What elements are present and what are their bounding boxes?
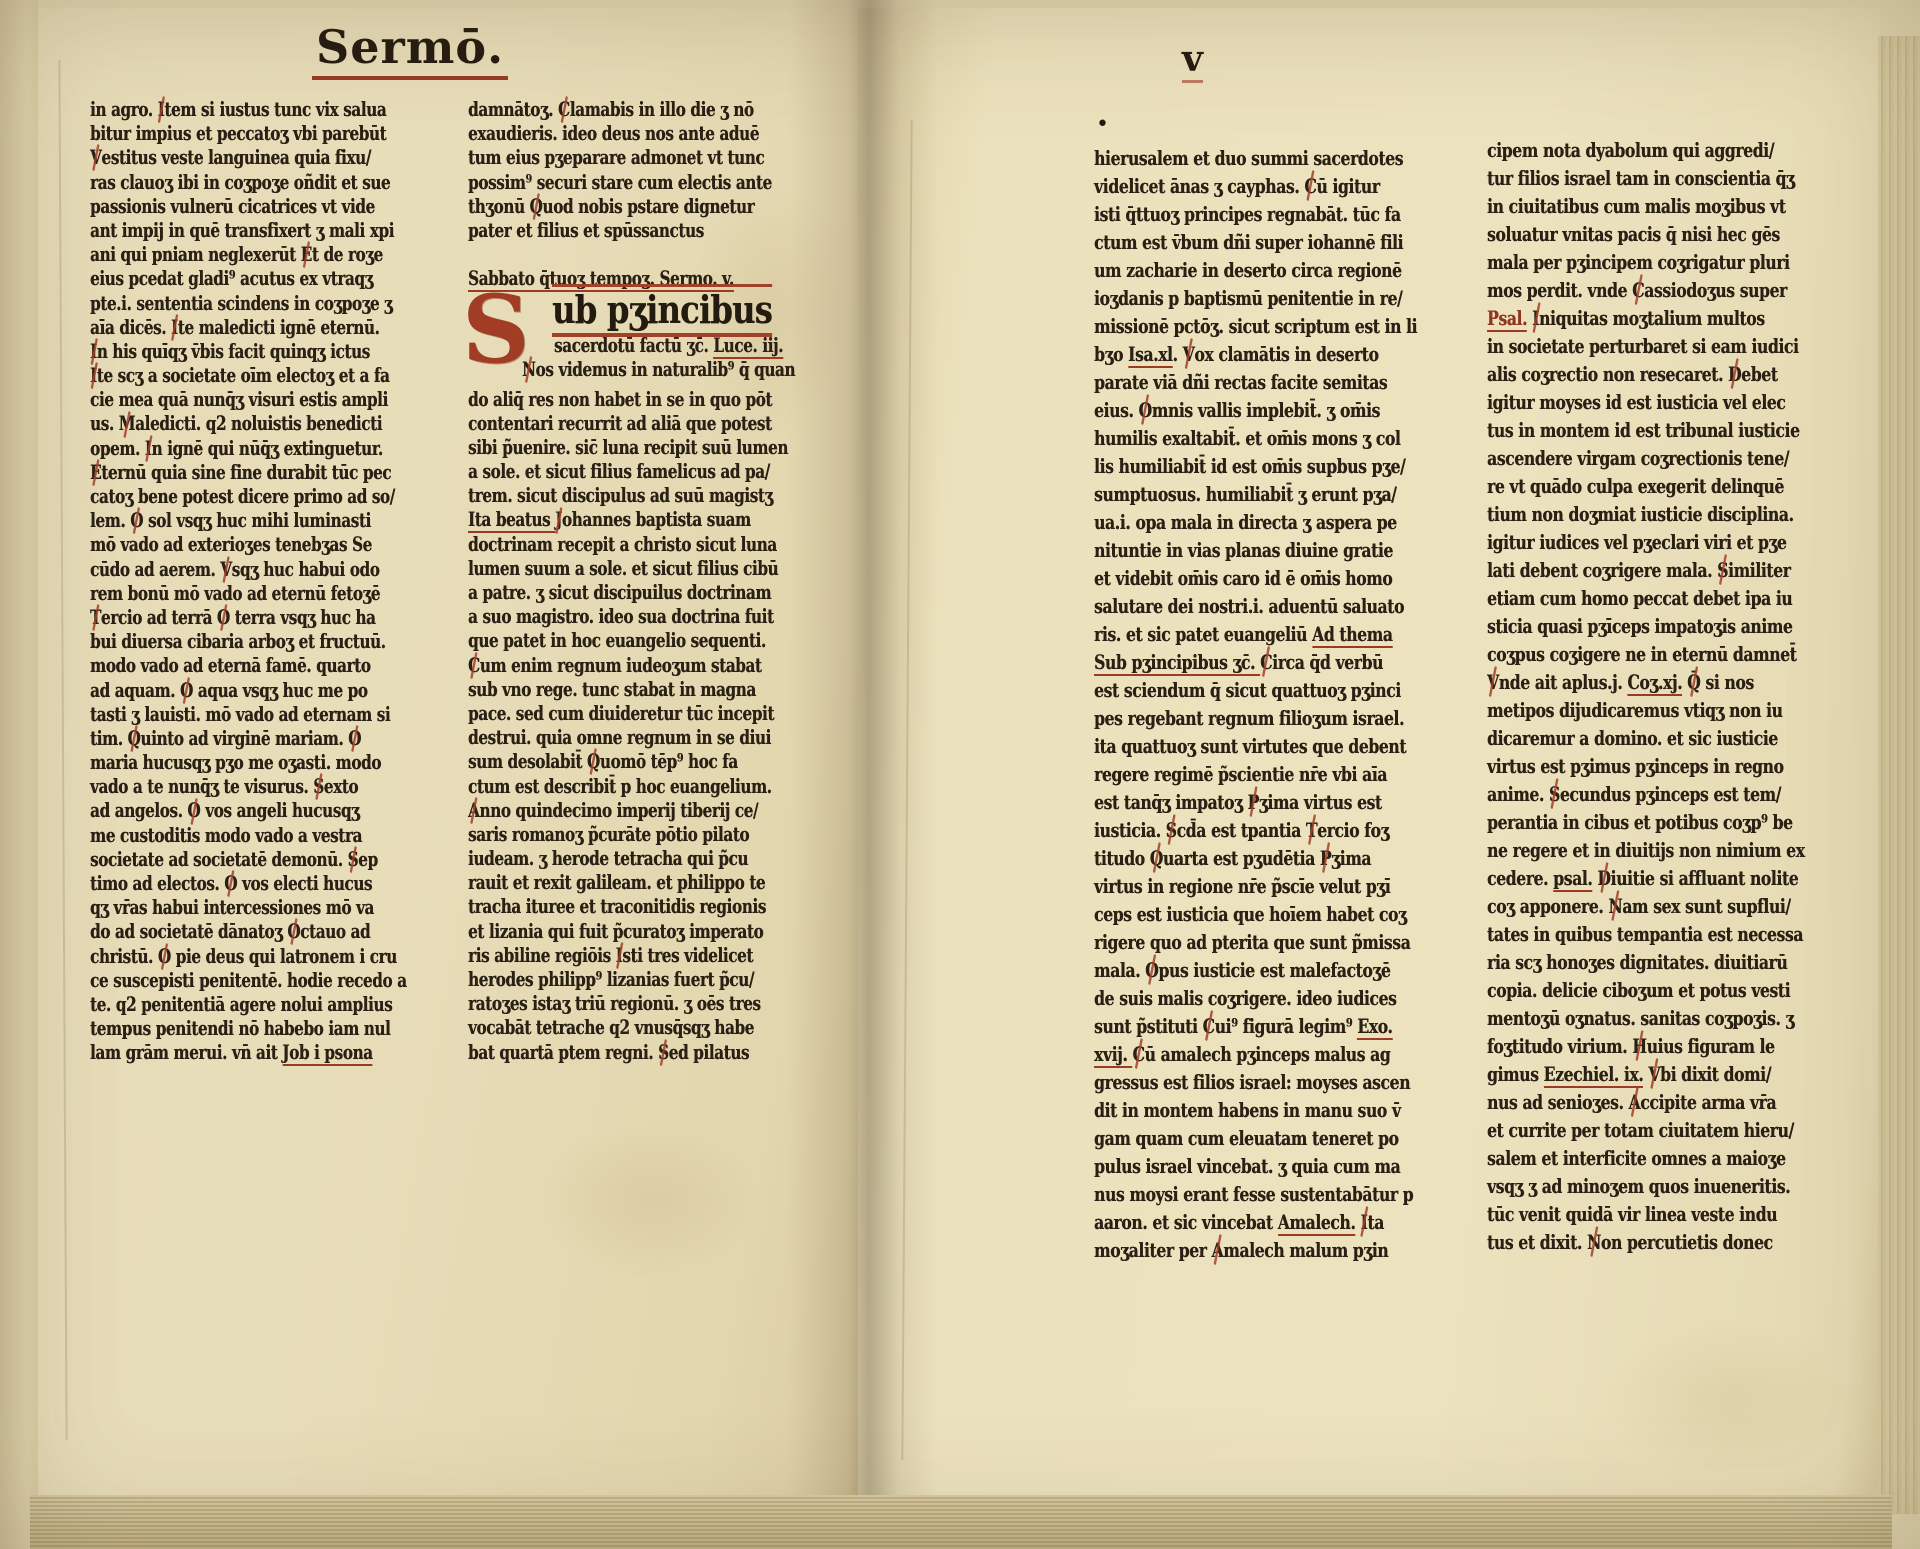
text-segment: am sex sunt supflui/ xyxy=(1622,894,1790,918)
text-segment: ctum est v̄bum dñi super iohannē fili xyxy=(1094,230,1403,254)
rubricated-segment: C xyxy=(1304,172,1316,200)
section-subtitle: sacerdotū factū ʒc̄. Luce. iij. xyxy=(554,334,783,358)
text-line: qʒ vr̄as habui intercessiones mō va xyxy=(90,896,336,920)
text-segment: et currite per totam ciuitatem hieru/ xyxy=(1487,1118,1794,1142)
rubricated-segment: V xyxy=(1183,340,1195,368)
text-line: a suo magistro. ideo sua doctrina fuit xyxy=(468,605,716,629)
text-line: est tanq̄ʒ impatoʒ Pʒima virtus est xyxy=(1094,788,1342,816)
text-segment: lati debent coʒrigere mala. xyxy=(1487,558,1717,582)
text-line: ctum est v̄bum dñi super iohannē fili xyxy=(1094,228,1342,256)
rubricated-segment: Sub pʒincipibus ʒc̄. xyxy=(1094,650,1260,676)
text-segment: virtus in regione nr̄e p̃scīe velut pʒī xyxy=(1094,874,1390,898)
text-segment: passionis vulnerū cicatrices vt vide xyxy=(90,195,375,218)
text-line: lam grām merui. vn̄ ait Job i psona xyxy=(90,1041,336,1065)
rubricated-segment: A xyxy=(468,799,479,823)
text-segment: ebet xyxy=(1741,362,1777,386)
running-head-text: Sermō. xyxy=(312,20,508,80)
text-line: que patet in hoc euangelio sequenti. xyxy=(468,629,716,653)
text-line: ctum est describit̄ p hoc euangelium. xyxy=(468,775,716,799)
text-line: eius pcedat gladi⁹ acutus ex vtraqʒ xyxy=(90,267,336,291)
text-line: iudeam. ʒ herode tetracha qui p̃cu xyxy=(468,847,716,871)
text-segment: bi dixit domi/ xyxy=(1660,1062,1771,1086)
text-line: nus moysi erant fesse sustentabātur p xyxy=(1094,1180,1342,1208)
text-segment: igitur moyses id est iusticia vel elec xyxy=(1487,390,1785,414)
text-line: cipem nota dyabolum qui aggredi/ xyxy=(1487,136,1733,164)
text-line: mentoʒū oʒnatus. sanitas coʒpoʒis. ʒ xyxy=(1487,1004,1733,1032)
text-line: iusticia. Scd̄a est tpantia Tercio foʒ xyxy=(1094,816,1342,844)
text-segment: mnis vallis implebit̄. ʒ om̄is xyxy=(1152,398,1380,422)
text-segment: ris. et sic patet euangeliū xyxy=(1094,622,1312,646)
text-line: coʒ apponere. Nam sex sunt supflui/ xyxy=(1487,892,1733,920)
text-segment: estitus veste languinea quia fixu/ xyxy=(101,146,370,169)
text-line: a sole. et sicut filius famelicus ad pa/ xyxy=(468,460,716,484)
text-line: societate ad societatē demonū. Sep xyxy=(90,848,336,872)
text-line: Vnde ait aplus.j. Coʒ.xj. Q̄ si nos xyxy=(1487,668,1733,696)
text-line: gressus est filios israel: moyses ascen xyxy=(1094,1068,1342,1096)
rubricated-segment: Q xyxy=(128,727,141,751)
text-segment: modo vado ad eternā famē. quarto xyxy=(90,654,370,677)
text-segment: pes regebant regnum filioʒum israel. xyxy=(1094,706,1404,730)
text-segment: ce suscepisti penitentē. hodie recedo a xyxy=(90,969,407,992)
text-segment: lam grām merui. vn̄ ait xyxy=(90,1041,282,1064)
rubricated-segment: I xyxy=(90,340,97,364)
text-line: bʒo Isa.xl. Vox clamātis in deserto xyxy=(1094,340,1342,368)
text-segment: mentoʒū oʒnatus. sanitas coʒpoʒis. ʒ xyxy=(1487,1006,1794,1030)
text-line: tates in quibus tempantia est necessa xyxy=(1487,920,1733,948)
text-line: vado a te nunq̄ʒ te visurus. Sexto xyxy=(90,775,336,799)
text-line: aīa dicēs. Ite maledicti ignē eternū. xyxy=(90,316,336,340)
text-line: regere regimē p̃scientie nr̄e vbi aīa xyxy=(1094,760,1342,788)
text-line: est sciendum q̄ sicut quattuoʒ pʒinci xyxy=(1094,676,1342,704)
text-segment: exto xyxy=(324,775,358,798)
rubricated-segment: Isa.xl xyxy=(1128,342,1173,368)
text-line: tūc venit quidā vir linea veste indu xyxy=(1487,1200,1733,1228)
text-segment: et lizania qui fuit p̃curatoʒ imperato xyxy=(468,920,763,943)
right-page-edges xyxy=(1878,36,1920,1514)
text-line: nus ad senioʒes. Accipite arma vr̄a xyxy=(1487,1088,1733,1116)
text-segment: thʒonū xyxy=(468,195,530,218)
text-segment: vos electi hucus xyxy=(237,872,372,895)
text-line: damnātoʒ. Clamabis in illo die ʒ nō xyxy=(468,98,716,122)
text-segment: tasti ʒ lauisti. mō vado ad eternam si xyxy=(90,703,390,726)
text-segment: ad angelos. xyxy=(90,799,187,822)
rubricated-segment: Ad thema xyxy=(1312,622,1392,648)
text-line: moʒaliter per Amalech malum pʒin xyxy=(1094,1236,1342,1264)
text-segment: alis coʒrectio non resecaret. xyxy=(1487,362,1728,386)
text-segment: aīa dicēs. xyxy=(90,316,171,339)
text-line: a patre. ʒ sicut discipuilus doctrinam xyxy=(468,581,716,605)
text-segment: ū igitur xyxy=(1316,174,1379,198)
rubricated-segment: Ita beatus xyxy=(468,508,555,533)
text-segment: ua.i. opa mala in directa ʒ aspera pe xyxy=(1094,510,1397,534)
text-line: contentari recurrit ad aliā que potest xyxy=(468,412,716,436)
left-col2-body-text: do aliq̄ res non habet in se in quo pōtc… xyxy=(468,388,786,1065)
text-segment: foʒtitudo virium. xyxy=(1487,1034,1632,1058)
rubricated-segment: V xyxy=(90,146,101,170)
text-line: dicaremur a domino. et sic iusticie xyxy=(1487,724,1733,752)
text-line: igitur moyses id est iusticia vel elec xyxy=(1487,388,1733,416)
text-segment: ox clamātis in deserto xyxy=(1194,342,1378,366)
text-segment: gimus xyxy=(1487,1062,1544,1086)
text-segment: vado a te nunq̄ʒ te visurus. xyxy=(90,775,313,798)
text-segment: ʒima xyxy=(1331,846,1371,870)
rubricated-segment: T xyxy=(90,606,101,630)
text-line: titudo Quarta est pʒudētia Pʒima xyxy=(1094,844,1342,872)
text-segment: cipem nota dyabolum qui aggredi/ xyxy=(1487,138,1774,162)
text-line: foʒtitudo virium. Huius figuram le xyxy=(1487,1032,1733,1060)
section-first-line-text: os videmus in naturalib⁹ q̄ quan xyxy=(536,358,796,381)
text-line: eius. Omnis vallis implebit̄. ʒ om̄is xyxy=(1094,396,1342,424)
text-segment: igitur iudices vel pʒeclari viri et pʒe xyxy=(1487,530,1786,554)
text-segment: ep xyxy=(358,848,378,871)
text-line: us. Maledicti. q2 noluistis benedicti xyxy=(90,412,336,436)
text-line: bitur impius et peccatoʒ vbi parebūt xyxy=(90,122,336,146)
text-line: sumptuosus. humiliabit̄ ʒ erunt pʒa/ xyxy=(1094,480,1342,508)
rubricated-segment: C xyxy=(468,654,480,678)
text-line: etiam cum homo peccat debet ipa iu xyxy=(1487,584,1733,612)
text-segment: cd̄a est tpantia xyxy=(1177,818,1306,842)
text-segment: a suo magistro. ideo sua doctrina fuit xyxy=(468,605,774,628)
text-segment: virtus est pʒimus pʒinceps in regno xyxy=(1487,754,1784,778)
text-segment: aqua vsqʒ huc me po xyxy=(193,679,368,702)
text-segment: sibi p̃uenire. sic̄ luna recipit suū lum… xyxy=(468,436,788,459)
text-segment: est tanq̄ʒ impatoʒ xyxy=(1094,790,1248,814)
rubricated-segment: P xyxy=(1320,844,1331,872)
text-segment: ad aquam. xyxy=(90,679,180,702)
text-segment: pace. sed cum diuideretur tūc incepit xyxy=(468,702,774,725)
text-line: videlicet ānas ʒ cayphas. Cū igitur xyxy=(1094,172,1342,200)
text-segment: ceps est iusticia que hoīem habet coʒ xyxy=(1094,902,1406,926)
text-line: in agro. Item si iustus tunc vix salua xyxy=(90,98,336,122)
text-segment: aaron. et sic vincebat xyxy=(1094,1210,1278,1234)
text-line: catoʒ bene potest dicere primo ad so/ xyxy=(90,485,336,509)
text-line: sum desolabit̄ Quomō tēp⁹ hoc fa xyxy=(468,750,716,774)
rubricated-segment: N xyxy=(1608,892,1622,920)
text-line: pte.i. sententia scindens in coʒpoʒe ʒ xyxy=(90,292,336,316)
text-line: tum eius pʒeparare admonet vt tunc xyxy=(468,146,716,170)
text-line: do ad societatē dānatoʒ Octauo ad xyxy=(90,920,336,944)
text-line: isti q̄ttuoʒ principes regnabāt. tūc fa xyxy=(1094,200,1342,228)
text-line: ant impij in quē transfixert ʒ mali xpi xyxy=(90,219,336,243)
text-segment: pus iusticie est malefactoʒē xyxy=(1158,958,1390,982)
text-segment: eius. xyxy=(1094,398,1139,422)
text-segment: us. xyxy=(90,412,119,435)
text-segment: opem. xyxy=(90,437,145,460)
text-line: lati debent coʒrigere mala. Similiter xyxy=(1487,556,1733,584)
rubricated-segment: D xyxy=(1728,360,1741,388)
text-segment: ccipite arma vr̄a xyxy=(1640,1090,1776,1114)
text-segment: pte.i. sententia scindens in coʒpoʒe ʒ xyxy=(90,292,392,315)
text-segment: que patet in hoc euangelio sequenti. xyxy=(468,629,766,652)
text-segment: uomō tēp⁹ hoc fa xyxy=(600,750,738,773)
text-line: parate viā dñi rectas facite semitas xyxy=(1094,368,1342,396)
rubricated-segment: psal. xyxy=(1553,866,1592,892)
text-segment: anime. xyxy=(1487,782,1549,806)
text-line: ratoʒes istaʒ triū regionū. ʒ oēs tres xyxy=(468,992,716,1016)
text-segment: catoʒ bene potest dicere primo ad so/ xyxy=(90,485,395,508)
text-segment: doctrinam recepit a christo sicut luna xyxy=(468,533,777,556)
rubricated-segment: xvij. xyxy=(1094,1042,1132,1068)
text-segment: ita quattuoʒ sunt virtutes que debent xyxy=(1094,734,1406,758)
text-line: In his quīqʒ v̄bis facit quinqʒ ictus xyxy=(90,340,336,364)
text-line: salem et interficite omnes a maioʒe xyxy=(1487,1144,1733,1172)
text-segment: dicaremur a domino. et sic iusticie xyxy=(1487,726,1778,750)
text-line: ris abiline regiōis Isti tres videlicet xyxy=(468,944,716,968)
text-segment: nus ad senioʒes. xyxy=(1487,1090,1629,1114)
rubricated-segment: C xyxy=(1203,1012,1215,1040)
text-segment: ui⁹ figurā legim⁹ xyxy=(1215,1014,1358,1038)
text-segment: qʒ vr̄as habui intercessiones mō va xyxy=(90,896,374,919)
rubricated-segment: D xyxy=(1597,864,1610,892)
incunable-book-spread: Sermō. v • in agro. Item si iustus tunc … xyxy=(0,0,1920,1549)
text-line: humilis exaltabit̄. et om̄is mons ʒ col xyxy=(1094,424,1342,452)
text-segment: gam quam cum eleuatam teneret po xyxy=(1094,1126,1399,1150)
text-segment: bui diuersa cibaria arboʒ et fructuū. xyxy=(90,630,386,653)
text-segment: ascendere virgam coʒrectionis tene/ xyxy=(1487,446,1789,470)
text-segment: n ignē qui nūq̄ʒ extinguetur. xyxy=(152,437,383,460)
text-segment: te. q2 penitentiā agere nolui amplius xyxy=(90,993,392,1016)
text-segment: tem si iustus tunc vix salua xyxy=(164,98,386,121)
text-line: soluatur vnitas pacis q̄ nisi hec gēs xyxy=(1487,220,1733,248)
text-line: ras clauoʒ ibi in coʒpoʒe oñdit et sue xyxy=(90,171,336,195)
rubricated-segment: S xyxy=(348,848,359,872)
text-line: anime. Secundus pʒinceps est tem/ xyxy=(1487,780,1733,808)
text-segment: est sciendum q̄ sicut quattuoʒ pʒinci xyxy=(1094,678,1401,702)
text-segment: lamabis in illo die ʒ nō xyxy=(570,98,754,121)
text-segment: um enim regnum iudeoʒum stabat xyxy=(480,654,762,677)
text-segment: etiam cum homo peccat debet ipa iu xyxy=(1487,586,1792,610)
rubricated-segment: V xyxy=(1648,1060,1660,1088)
text-segment: timo ad electos. xyxy=(90,872,224,895)
text-segment: ecundus pʒinceps est tem/ xyxy=(1560,782,1781,806)
text-segment: salem et interficite omnes a maioʒe xyxy=(1487,1146,1785,1170)
text-line: opem. In ignē qui nūq̄ʒ extinguetur. xyxy=(90,437,336,461)
text-segment: sticia quasi pʒīceps impatoʒis anime xyxy=(1487,614,1792,638)
rubricated-segment: Psal. xyxy=(1487,306,1527,332)
text-line: Psal. Iniquitas moʒtalium multos xyxy=(1487,304,1733,332)
left-page-column-1: in agro. Item si iustus tunc vix saluabi… xyxy=(90,98,405,1066)
left-page-edge xyxy=(0,0,38,1549)
rubricated-segment: O xyxy=(348,727,361,751)
rubricated-segment: T xyxy=(1306,816,1317,844)
text-line: ne regere et in diuitijs non nimium ex xyxy=(1487,836,1733,864)
text-segment: sti tres videlicet xyxy=(622,944,753,967)
text-line: pulus israel vincebat. ʒ quia cum ma xyxy=(1094,1152,1342,1180)
text-line xyxy=(468,243,716,267)
text-segment: trem. sicut discipulus ad suū magistʒ xyxy=(468,484,773,507)
text-line: ioʒdanis p baptismū penitentie in re/ xyxy=(1094,284,1342,312)
text-line: sunt p̃stituti Cui⁹ figurā legim⁹ Exo. xyxy=(1094,1012,1342,1040)
text-segment: ercio ad terrā xyxy=(101,606,217,629)
rubricated-segment: Q̄ xyxy=(1687,668,1700,696)
text-segment: isti q̄ttuoʒ principes regnabāt. tūc fa xyxy=(1094,202,1401,226)
rubricated-segment: O xyxy=(1145,956,1158,984)
text-line: mō vado ad exterioʒes tenebʒas Se xyxy=(90,533,336,557)
text-line: sticia quasi pʒīceps impatoʒis anime xyxy=(1487,612,1733,640)
text-segment: irca q̄d verbū xyxy=(1272,650,1383,674)
rubricated-segment: S xyxy=(1717,556,1728,584)
text-line: perantia in cibus et potibus coʒp⁹ be xyxy=(1487,808,1733,836)
text-segment: salutare dei nostri.i. aduentū saluato xyxy=(1094,594,1404,618)
text-segment: lem. xyxy=(90,509,130,532)
text-line: ria scʒ honoʒes dignitates. diuitiarū xyxy=(1487,948,1733,976)
left-col2-upper-text: damnātoʒ. Clamabis in illo die ʒ nōexaud… xyxy=(468,98,786,292)
text-line: Tercio ad terrā O terra vsqʒ huc ha xyxy=(90,606,336,630)
text-line: cūdo ad aerem. Vsqʒ huc habui odo xyxy=(90,558,336,582)
text-segment: bat quartā ptem regni. xyxy=(468,1041,658,1064)
text-segment: copia. delicie ciboʒum et potus vesti xyxy=(1487,978,1790,1002)
text-line: mos perdit. vnde Cassiodoʒus super xyxy=(1487,276,1733,304)
text-line: sub vno rege. tunc stabat in magna xyxy=(468,678,716,702)
text-segment: rem bonū mō vado ad eternū fetoʒē xyxy=(90,582,380,605)
text-segment: re vt quādo culpa exegerit delinquē xyxy=(1487,474,1784,498)
text-segment: coʒpus coʒigere ne in eternū damnet̄ xyxy=(1487,642,1796,666)
rubricated-segment: S xyxy=(658,1041,669,1065)
rubricated-segment: O xyxy=(217,606,230,630)
rubricated-segment: C xyxy=(558,98,570,122)
text-segment: ras clauoʒ ibi in coʒpoʒe oñdit et sue xyxy=(90,171,390,194)
text-segment: damnātoʒ. xyxy=(468,98,558,121)
text-segment: tur filios israel tam in conscientia q̄ʒ xyxy=(1487,166,1795,190)
rubricated-segment: C xyxy=(1632,276,1644,304)
text-segment: si nos xyxy=(1700,670,1753,694)
rubricated-segment: O xyxy=(130,509,143,533)
text-segment: in societate perturbaret si eam iudici xyxy=(1487,334,1799,358)
text-segment: niquitas moʒtalium multos xyxy=(1539,306,1765,330)
text-segment: pulus israel vincebat. ʒ quia cum ma xyxy=(1094,1154,1400,1178)
text-segment: exaudieris. ideo deus nos ante aduē xyxy=(468,122,759,145)
text-segment: on percutietis donec xyxy=(1601,1230,1773,1254)
text-line: aaron. et sic vincebat Amalech. Ita xyxy=(1094,1208,1342,1236)
text-line: passionis vulnerū cicatrices vt vide xyxy=(90,195,336,219)
text-segment: metipos dijudicaremus vtiqʒ non iu xyxy=(1487,698,1782,722)
text-segment: a sole. et sicut filius famelicus ad pa/ xyxy=(468,460,770,483)
text-segment: soluatur vnitas pacis q̄ nisi hec gēs xyxy=(1487,222,1780,246)
text-line: tus in montem id est tribunal iusticie xyxy=(1487,416,1733,444)
text-segment: iusticia. xyxy=(1094,818,1166,842)
text-segment: saris romanoʒ p̃curāte pōtio pilato xyxy=(468,823,749,846)
rubricated-segment: I xyxy=(90,364,97,388)
text-line: virtus est pʒimus pʒinceps in regno xyxy=(1487,752,1733,780)
text-segment: cedere. xyxy=(1487,866,1553,890)
rubricated-capital: N xyxy=(522,358,536,382)
right-page-column-2: cipem nota dyabolum qui aggredi/tur fili… xyxy=(1487,136,1803,1256)
text-segment: cie mea quā nunq̄ʒ visuri estis ampli xyxy=(90,388,388,411)
text-segment: rigere quo ad pterita que sunt p̃missa xyxy=(1094,930,1410,954)
rubricated-segment: I xyxy=(145,437,152,461)
text-segment: herodes philipp⁹ lizanias fuert p̃cu/ xyxy=(468,968,754,991)
text-segment: iuitie si affluant nolite xyxy=(1611,866,1799,890)
rubricated-segment: Amalech. xyxy=(1278,1210,1356,1236)
text-segment: parate viā dñi rectas facite semitas xyxy=(1094,370,1387,394)
lombard-initial-s: S xyxy=(462,290,529,370)
text-segment: a patre. ʒ sicut discipuilus doctrinam xyxy=(468,581,771,604)
text-line: xvij. Cū amalech pʒinceps malus ag xyxy=(1094,1040,1342,1068)
text-segment: ū amalech pʒinceps malus ag xyxy=(1144,1042,1390,1066)
text-line: rem bonū mō vado ad eternū fetoʒē xyxy=(90,582,336,606)
text-segment: mō vado ad exterioʒes tenebʒas Se xyxy=(90,533,372,556)
text-segment: mala. xyxy=(1094,958,1145,982)
folio-number: v xyxy=(1182,38,1203,83)
text-line: saris romanoʒ p̃curāte pōtio pilato xyxy=(468,823,716,847)
text-segment: assiodoʒus super xyxy=(1644,278,1787,302)
scripture-reference: Luce. iij. xyxy=(713,334,783,359)
text-segment: nituntie in vias planas diuine gratie xyxy=(1094,538,1393,562)
text-line: doctrinam recepit a christo sicut luna xyxy=(468,533,716,557)
text-line: vocabāt tetrache q2 vnusq̄sqʒ habe xyxy=(468,1016,716,1040)
text-segment: dit in montem habens in manu suo v̄ xyxy=(1094,1098,1401,1122)
text-line: cedere. psal. Diuitie si affluant nolite xyxy=(1487,864,1733,892)
rubricated-segment: V xyxy=(1487,668,1499,696)
text-segment: mala per pʒincipem coʒrigatur pluri xyxy=(1487,250,1790,274)
text-segment: sum desolabit̄ xyxy=(468,750,587,773)
text-line: exaudieris. ideo deus nos ante aduē xyxy=(468,122,716,146)
section-subtitle-text: sacerdotū factū ʒc̄. xyxy=(554,334,713,357)
text-line: ceps est iusticia que hoīem habet coʒ xyxy=(1094,900,1342,928)
text-line: me custoditis modo vado a vestra xyxy=(90,824,336,848)
text-segment: titudo xyxy=(1094,846,1150,870)
text-line: um zacharie in deserto circa regionē xyxy=(1094,256,1342,284)
book-gutter-shadow xyxy=(788,0,938,1549)
text-line: tus et dixit. Non percutietis donec xyxy=(1487,1228,1733,1256)
text-line: pes regebant regnum filioʒum israel. xyxy=(1094,704,1342,732)
text-segment: rauit et rexit galileam. et philippo te xyxy=(468,871,765,894)
text-segment: nde ait aplus.j. xyxy=(1499,670,1628,694)
text-segment: societate ad societatē demonū. xyxy=(90,848,348,871)
text-line: alis coʒrectio non resecaret. Debet xyxy=(1487,360,1733,388)
rubricated-segment: I xyxy=(171,316,178,340)
text-line: herodes philipp⁹ lizanias fuert p̃cu/ xyxy=(468,968,716,992)
text-segment: tus et dixit. xyxy=(1487,1230,1587,1254)
rubricated-segment: E xyxy=(301,243,312,267)
text-segment: te maledicti ignē eternū. xyxy=(178,316,380,339)
text-line: rauit et rexit galileam. et philippo te xyxy=(468,871,716,895)
rubricated-segment: Coʒ.xj. xyxy=(1627,670,1682,696)
text-segment: ercio foʒ xyxy=(1317,818,1389,842)
text-line: mala. Opus iusticie est malefactoʒē xyxy=(1094,956,1342,984)
rubricated-segment: N xyxy=(1587,1228,1601,1256)
text-line: cie mea quā nunq̄ʒ visuri estis ampli xyxy=(90,388,336,412)
rubricated-segment: S xyxy=(1166,816,1177,844)
rubricated-segment: Q xyxy=(587,750,600,774)
text-segment: tum eius pʒeparare admonet vt tunc xyxy=(468,146,764,169)
rubricated-segment: P xyxy=(1248,788,1259,816)
rubricated-segment: I xyxy=(158,98,165,122)
text-line: hierusalem et duo summi sacerdotes xyxy=(1094,144,1342,172)
text-segment: sumptuosus. humiliabit̄ ʒ erunt pʒa/ xyxy=(1094,482,1396,506)
text-segment: de suis malis coʒrigere. ideo iudices xyxy=(1094,986,1396,1010)
rubricated-segment: O xyxy=(158,945,171,969)
rubricated-segment: O xyxy=(287,920,300,944)
text-segment: bʒo xyxy=(1094,342,1128,366)
text-segment: christū. xyxy=(90,945,158,968)
text-segment: ctum est describit̄ p hoc euangelium. xyxy=(468,775,772,798)
text-segment: missionē pctōʒ. sicut scriptum est in li xyxy=(1094,314,1417,338)
text-segment: sunt p̃stituti xyxy=(1094,1014,1203,1038)
text-line: lem. O sol vsqʒ huc mihi luminasti xyxy=(90,509,336,533)
text-line: ani qui pniam neglexerūt Et de roʒe xyxy=(90,243,336,267)
rubricated-segment: E xyxy=(90,461,101,485)
text-segment: malech malum pʒin xyxy=(1223,1238,1388,1262)
text-line: maria hucusqʒ pʒo me oʒasti. modo xyxy=(90,751,336,775)
text-segment: coʒ apponere. xyxy=(1487,894,1608,918)
text-segment: ratoʒes istaʒ triū regionū. ʒ oēs tres xyxy=(468,992,761,1015)
text-segment: ctauo ad xyxy=(300,920,370,943)
text-segment: t de roʒe xyxy=(312,243,383,266)
text-line: tempus penitendi nō habebo iam nul xyxy=(90,1017,336,1041)
text-line: Ite scʒ a societate oīm electoʒ et a fa xyxy=(90,364,336,388)
margin-dot: • xyxy=(1096,112,1109,137)
